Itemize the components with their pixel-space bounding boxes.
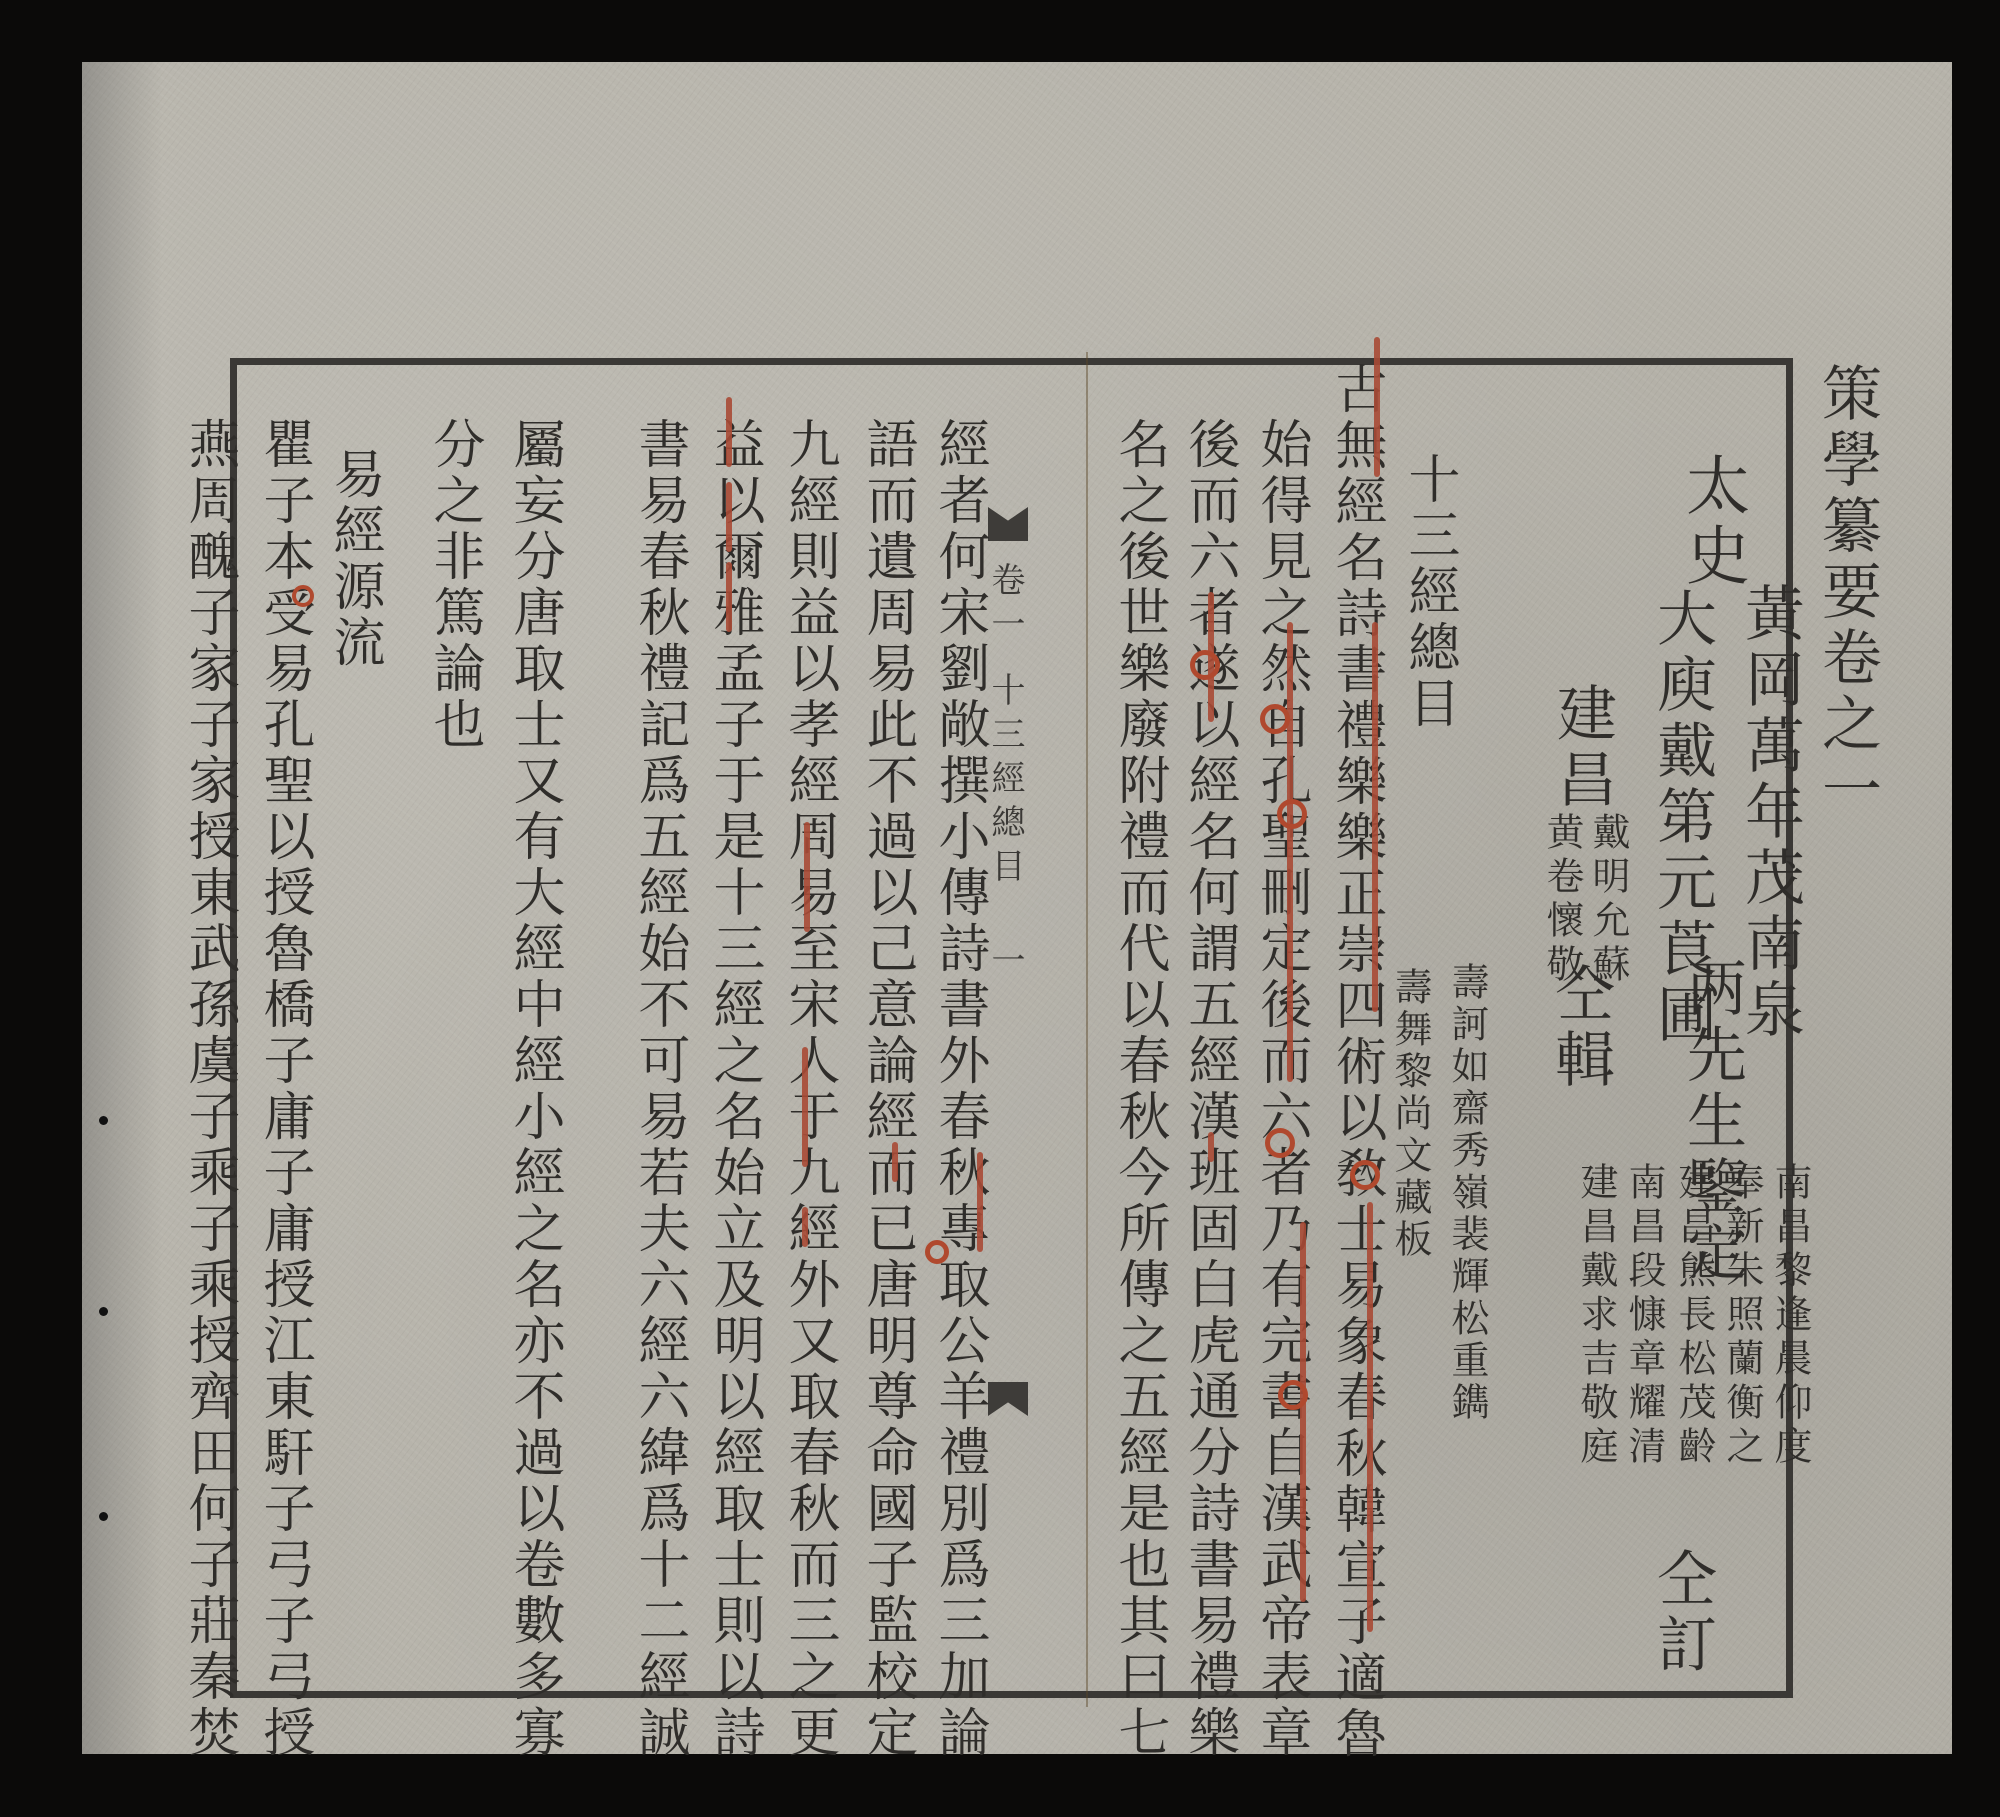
volume-title: 策學纂要卷之一 xyxy=(1817,362,1877,824)
section-heading: 十三經總目 xyxy=(1402,452,1456,732)
proofreader-4: 南昌段慷章耀清 xyxy=(1624,1162,1664,1470)
body-column: 屬妄分唐取士又有大經中經小經之名亦不過以卷數多寡 xyxy=(507,417,561,1761)
proofreader-3: 建昌熊長松茂齡 xyxy=(1674,1162,1714,1470)
red-annotation-line xyxy=(1372,622,1378,1012)
publisher-line-2: 壽舞黎尚文藏板 xyxy=(1390,967,1430,1261)
proofreader-1: 南昌黎逢晨仰度 xyxy=(1770,1162,1810,1470)
body-column: 九經則益以孝經周易至宋人于九經外又取春秋而三之更 xyxy=(782,417,836,1761)
body-column: 名之後世樂廢附禮而代以春秋今所傳之五經是也其曰七 xyxy=(1112,417,1166,1761)
proofreader-5: 建昌戴求吉敬庭 xyxy=(1576,1162,1616,1470)
body-column: 瞿子本受易孔聖以授魯橋子庸子庸授江東馯子弓子弓授 xyxy=(257,417,311,1761)
publisher-line-1: 壽訶如齋秀嶺裴輝松重鐫 xyxy=(1447,962,1487,1424)
red-annotation-line xyxy=(802,1047,808,1167)
red-annotation-line xyxy=(802,1207,808,1247)
compiler-suffix: 仝輯 xyxy=(1550,962,1610,1094)
binding-hole xyxy=(99,1307,108,1316)
body-column: 益以爾雅孟子于是十三經之名始立及明以經取士則以詩 xyxy=(707,417,761,1761)
paper-sheet: 策學纂要卷之一 太史 黃岡萬年茂南泉 大庾戴第元莨圃 两先生鑒定 建昌 戴明允蘇… xyxy=(82,62,1952,1754)
body-column: 語而遺周易此不過以己意論經而已唐明尊命國子監校定 xyxy=(860,417,914,1761)
body-column: 古無經名詩書禮樂樂正崇四術以敎士易象春秋韓宣子適魯 xyxy=(1329,362,1383,1762)
red-annotation-circle xyxy=(1260,704,1290,734)
body-column: 經者何宋劉敞撰小傳詩書外春秋專取公羊禮別爲三加論 xyxy=(932,417,986,1761)
red-annotation-circle xyxy=(1190,650,1220,680)
subheading-yijing: 易經源流 xyxy=(327,447,381,671)
body-column: 燕周醜子家子家授東武孫虞子乘子乘授齊田何子莊秦焚 xyxy=(182,417,236,1761)
red-annotation-circle xyxy=(292,585,314,607)
red-annotation-line xyxy=(977,1152,983,1252)
red-annotation-circle xyxy=(1265,1128,1295,1158)
center-fold-line xyxy=(1086,352,1088,1707)
red-annotation-line xyxy=(1374,337,1380,477)
red-annotation-line xyxy=(1208,1132,1214,1162)
credit-honorific: 太史 xyxy=(1682,452,1742,592)
red-annotation-circle xyxy=(925,1240,949,1264)
binding-hole xyxy=(99,1512,108,1521)
red-annotation-line xyxy=(1300,1222,1306,1602)
proofreader-2: 奉新朱照蘭衡之 xyxy=(1722,1162,1762,1470)
red-annotation-line xyxy=(1287,622,1293,1082)
red-annotation-line xyxy=(1367,1202,1373,1632)
red-annotation-circle xyxy=(1350,1160,1380,1190)
red-annotation-line xyxy=(726,482,732,552)
red-annotation-line xyxy=(804,822,810,932)
credit-line-a: 黃岡萬年茂南泉 xyxy=(1740,582,1800,1044)
binding-hole xyxy=(99,1116,108,1125)
fold-volume-label: 卷一 xyxy=(988,562,1022,650)
fold-section-label: 十三經總目 xyxy=(988,672,1022,892)
red-annotation-line xyxy=(892,1142,898,1182)
fold-page-number: 一 xyxy=(988,942,1022,986)
body-column: 分之非篤論也 xyxy=(427,417,481,753)
compiler-place: 建昌 xyxy=(1552,682,1612,814)
body-column: 書易春秋禮記爲五經始不可易若夫六經六緯爲十二經誠 xyxy=(632,417,686,1761)
red-annotation-circle xyxy=(1277,799,1307,829)
red-annotation-line xyxy=(726,562,732,632)
red-annotation-circle xyxy=(1278,1380,1308,1410)
red-annotation-line xyxy=(726,397,732,467)
proofreaders-suffix: 仝訂 xyxy=(1652,1547,1712,1679)
